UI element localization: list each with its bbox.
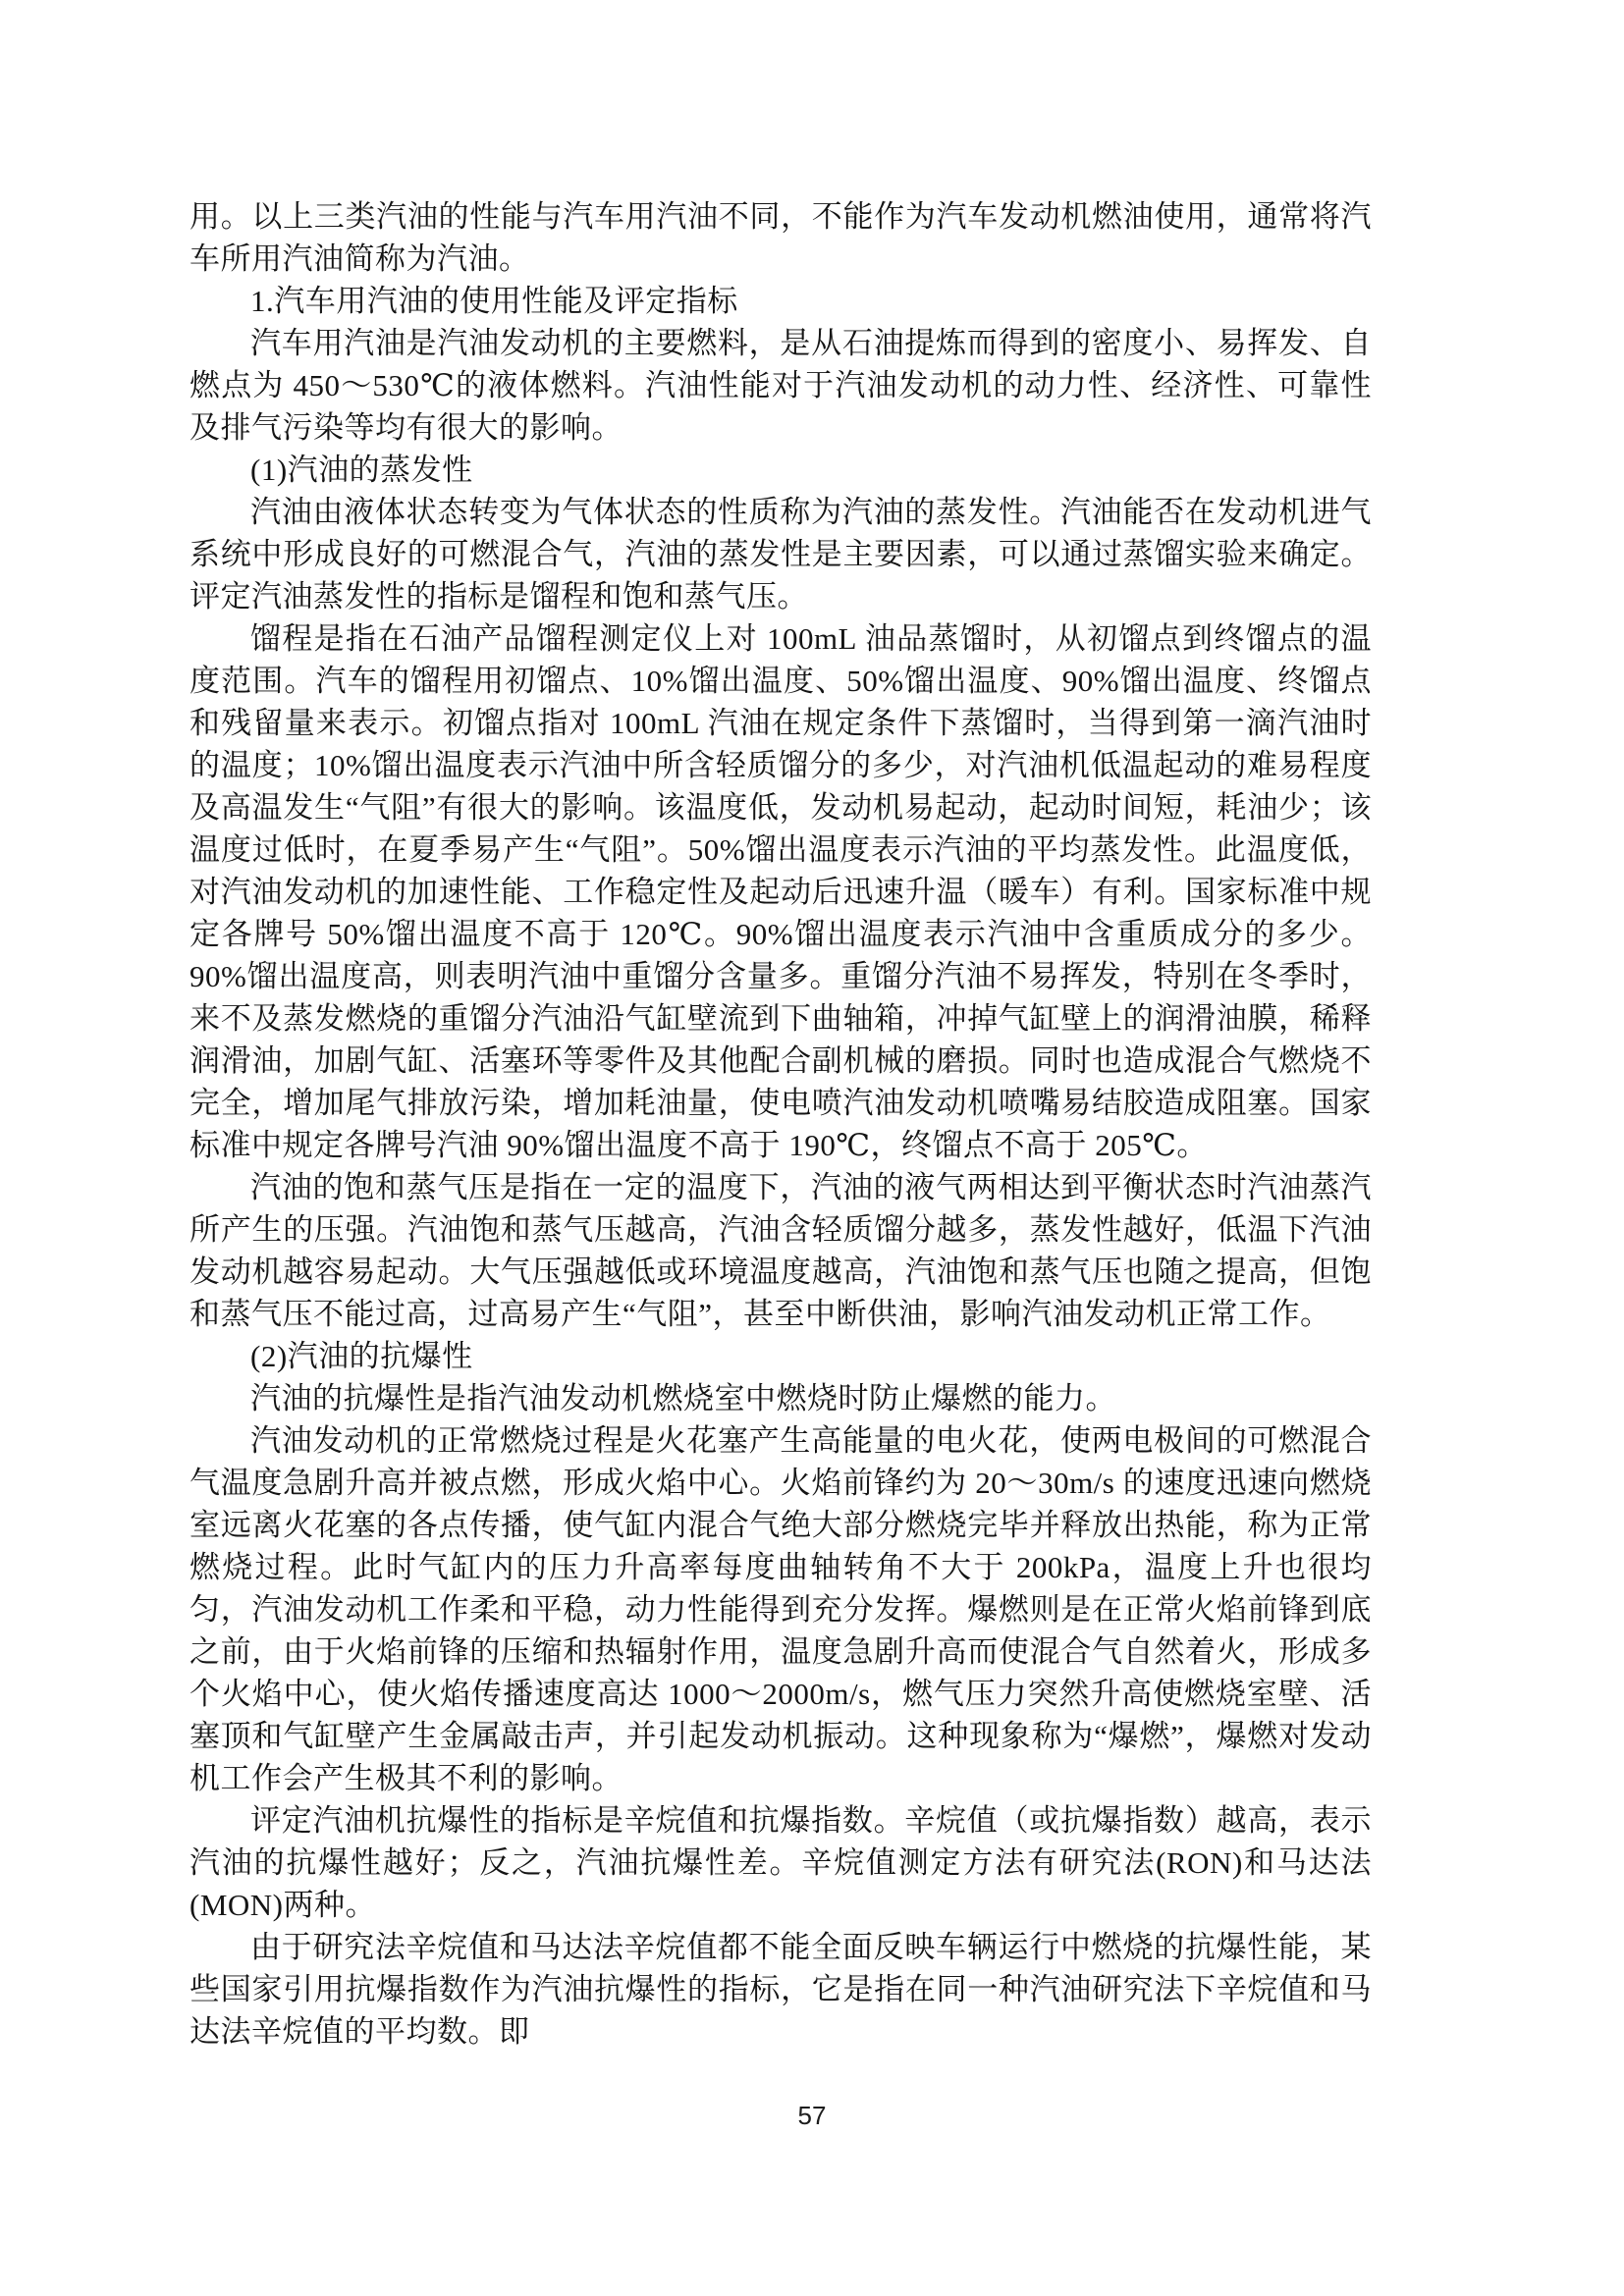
paragraph-volatility-definition: 汽油由液体状态转变为气体状态的性质称为汽油的蒸发性。汽油能否在发动机进气系统中形… bbox=[189, 491, 1372, 617]
paragraph-distillation-range: 馏程是指在石油产品馏程测定仪上对 100mL 油品蒸馏时，从初馏点到终馏点的温度… bbox=[189, 617, 1372, 1166]
paragraph-normal-combustion: 汽油发动机的正常燃烧过程是火花塞产生高能量的电火花，使两电极间的可燃混合气温度急… bbox=[189, 1419, 1372, 1799]
page-number: 57 bbox=[798, 2101, 827, 2130]
paragraph-saturated-vapor-pressure: 汽油的饱和蒸气压是指在一定的温度下，汽油的液气两相达到平衡状态时汽油蒸汽所产生的… bbox=[189, 1166, 1372, 1335]
paragraph-octane-number: 评定汽油机抗爆性的指标是辛烷值和抗爆指数。辛烷值（或抗爆指数）越高，表示汽油的抗… bbox=[189, 1799, 1372, 1926]
heading-vehicle-gasoline-performance: 1.汽车用汽油的使用性能及评定指标 bbox=[189, 280, 1372, 322]
paragraph-antiknock-definition: 汽油的抗爆性是指汽油发动机燃烧室中燃烧时防止爆燃的能力。 bbox=[189, 1377, 1372, 1419]
page-footer: 57 bbox=[0, 2101, 1624, 2130]
paragraph-gasoline-overview: 汽车用汽油是汽油发动机的主要燃料，是从石油提炼而得到的密度小、易挥发、自燃点为 … bbox=[189, 322, 1372, 449]
heading-volatility: (1)汽油的蒸发性 bbox=[189, 449, 1372, 491]
body-text: 用。以上三类汽油的性能与汽车用汽油不同，不能作为汽车发动机燃油使用，通常将汽车所… bbox=[189, 195, 1372, 2053]
heading-antiknock: (2)汽油的抗爆性 bbox=[189, 1335, 1372, 1377]
paragraph-gasoline-intro-continuation: 用。以上三类汽油的性能与汽车用汽油不同，不能作为汽车发动机燃油使用，通常将汽车所… bbox=[189, 195, 1372, 280]
document-page: 用。以上三类汽油的性能与汽车用汽油不同，不能作为汽车发动机燃油使用，通常将汽车所… bbox=[0, 0, 1624, 2296]
paragraph-antiknock-index: 由于研究法辛烷值和马达法辛烷值都不能全面反映车辆运行中燃烧的抗爆性能，某些国家引… bbox=[189, 1926, 1372, 2053]
